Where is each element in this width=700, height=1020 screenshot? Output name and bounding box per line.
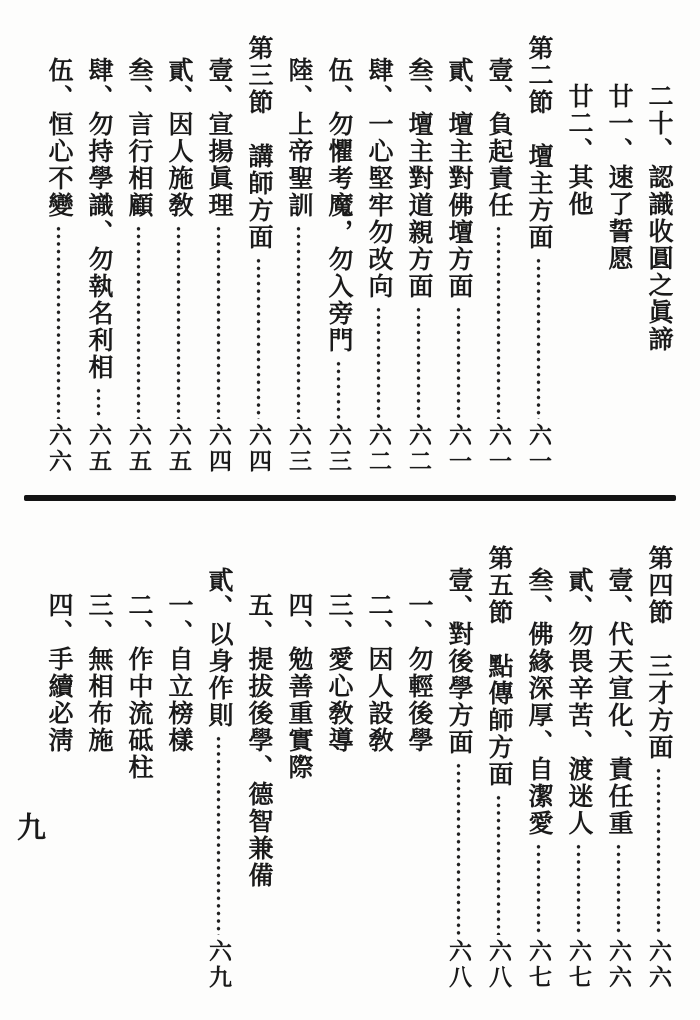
toc-page-number: 六九: [205, 939, 232, 991]
folio-page-number: 九: [9, 812, 50, 841]
toc-entry: 二、因人設敎: [365, 545, 392, 991]
toc-entry-text: 二、因人設敎: [365, 592, 392, 754]
dotted-leader: [245, 257, 272, 419]
toc-page-number: 六七: [565, 939, 592, 991]
toc-entry-text: 廿一、速了誓愿: [605, 83, 632, 272]
toc-page-number: 六五: [85, 423, 112, 475]
toc-entry-text: 二、作中流砥柱: [125, 592, 152, 781]
toc-entry-text: 一、勿輕後學: [405, 592, 432, 754]
toc-page-number: 六二: [365, 423, 392, 475]
toc-entry-text: 陸、上帝聖訓: [285, 57, 312, 219]
dotted-leader: [485, 225, 512, 419]
toc-entry: 三、愛心敎導: [325, 545, 352, 991]
toc-entry: 廿二、其他: [565, 35, 592, 475]
toc-entry-text: 肆、一心堅牢勿改向: [365, 57, 392, 300]
dotted-leader: [205, 225, 232, 419]
toc-entry-text: 叁、佛緣深厚、自潔愛: [525, 567, 552, 837]
toc-page-number: 六三: [285, 423, 312, 475]
toc-page-number: 六四: [245, 423, 272, 475]
toc-page-number: 六八: [485, 939, 512, 991]
toc-entry-text: 叁、言行相顧: [125, 57, 152, 219]
toc-entry: 壹、代天宣化、責任重六六: [605, 545, 632, 991]
dotted-leader: [205, 735, 232, 935]
toc-page-number: 六六: [645, 939, 672, 991]
dotted-leader: [445, 762, 472, 935]
toc-page-number: 六二: [405, 423, 432, 475]
toc-entry: 叁、壇主對道親方面六二: [405, 35, 432, 475]
toc-entry-text: 貳、勿畏辛苦、渡迷人: [565, 567, 592, 837]
toc-entry: 第五節 點傳師方面六八: [485, 545, 512, 991]
toc-entry: 伍、恒心不變六六: [45, 35, 72, 475]
toc-entry-text: 壹、負起責任: [485, 57, 512, 219]
toc-page-number: 六三: [325, 423, 352, 475]
toc-entry-text: 一、自立榜樣: [165, 592, 192, 754]
toc-entry-text: 貳、因人施敎: [165, 57, 192, 219]
dotted-leader: [165, 225, 192, 419]
toc-entry-text: 第二節 壇主方面: [525, 35, 552, 251]
toc-entry: 叁、言行相顧六五: [125, 35, 152, 475]
dotted-leader: [525, 843, 552, 935]
toc-entry: 一、自立榜樣: [165, 545, 192, 991]
toc-page-number: 六一: [445, 423, 472, 475]
toc-entry: 四、勉善重實際: [285, 545, 312, 991]
toc-entry: 肆、一心堅牢勿改向六二: [365, 35, 392, 475]
toc-entry-text: 壹、對後學方面: [445, 567, 472, 756]
toc-entry: 壹、對後學方面六八: [445, 545, 472, 991]
dotted-leader: [45, 225, 72, 419]
toc-entry: 壹、負起責任六一: [485, 35, 512, 475]
dotted-leader: [405, 306, 432, 419]
toc-entry-text: 廿二、其他: [565, 83, 592, 218]
toc-entry: 肆、勿持學識、勿執名利相六五: [85, 35, 112, 475]
toc-entry-text: 五、提拔後學、德智兼備: [245, 592, 272, 889]
dotted-leader: [325, 360, 352, 419]
dotted-leader: [125, 225, 152, 419]
toc-entry-text: 肆、勿持學識、勿執名利相: [85, 57, 112, 381]
toc-page-number: 六八: [445, 939, 472, 991]
section-divider: [24, 495, 676, 501]
toc-entry-text: 第五節 點傳師方面: [485, 545, 512, 788]
toc-entry: 第四節 三才方面六六: [645, 545, 672, 991]
toc-page-number: 六五: [125, 423, 152, 475]
toc-page-number: 六六: [605, 939, 632, 991]
dotted-leader: [85, 387, 112, 419]
toc-entry-text: 壹、宣揚眞理: [205, 57, 232, 219]
toc-entry: 二十、認識收圓之眞諦: [645, 35, 672, 475]
dotted-leader: [565, 843, 592, 935]
toc-page-number: 六六: [45, 423, 72, 475]
toc-entry: 叁、佛緣深厚、自潔愛六七: [525, 545, 552, 991]
toc-entry-text: 伍、勿懼考魔，勿入旁門: [325, 57, 352, 354]
toc-entry: 五、提拔後學、德智兼備: [245, 545, 272, 991]
toc-page-number: 六五: [165, 423, 192, 475]
dotted-leader: [485, 794, 512, 935]
toc-entry: 壹、宣揚眞理六四: [205, 35, 232, 475]
toc-entry: 三、無相布施: [85, 545, 112, 991]
dotted-leader: [365, 306, 392, 419]
dotted-leader: [445, 306, 472, 419]
toc-entry: 伍、勿懼考魔，勿入旁門六三: [325, 35, 352, 475]
toc-entry-text: 三、無相布施: [85, 592, 112, 754]
toc-entry-text: 第四節 三才方面: [645, 545, 672, 761]
toc-page-number: 六七: [525, 939, 552, 991]
toc-entry: 廿一、速了誓愿: [605, 35, 632, 475]
dotted-leader: [645, 767, 672, 935]
toc-entry: 一、勿輕後學: [405, 545, 432, 991]
toc-entry: 貳、勿畏辛苦、渡迷人六七: [565, 545, 592, 991]
toc-entry: 二、作中流砥柱: [125, 545, 152, 991]
toc-top-section: 二十、認識收圓之眞諦廿一、速了誓愿廿二、其他第二節 壇主方面六一壹、負起責任六一…: [45, 35, 672, 475]
toc-entry: 貳、因人施敎六五: [165, 35, 192, 475]
toc-page-number: 六一: [485, 423, 512, 475]
dotted-leader: [525, 257, 552, 419]
toc-entry-text: 四、勉善重實際: [285, 592, 312, 781]
toc-bottom-section: 第四節 三才方面六六壹、代天宣化、責任重六六貳、勿畏辛苦、渡迷人六七叁、佛緣深厚…: [45, 545, 672, 991]
toc-entry-text: 貳、以身作則: [205, 567, 232, 729]
toc-entry: 第二節 壇主方面六一: [525, 35, 552, 475]
dotted-leader: [605, 843, 632, 935]
toc-entry: 貳、壇主對佛壇方面六一: [445, 35, 472, 475]
toc-entry-text: 貳、壇主對佛壇方面: [445, 57, 472, 300]
toc-entry-text: 四、手續必淸: [45, 592, 72, 754]
toc-entry-text: 伍、恒心不變: [45, 57, 72, 219]
toc-entry-text: 三、愛心敎導: [325, 592, 352, 754]
dotted-leader: [285, 225, 312, 419]
book-page: 二十、認識收圓之眞諦廿一、速了誓愿廿二、其他第二節 壇主方面六一壹、負起責任六一…: [0, 0, 700, 1020]
toc-entry: 四、手續必淸: [45, 545, 72, 991]
toc-entry: 陸、上帝聖訓六三: [285, 35, 312, 475]
toc-entry: 第三節 講師方面六四: [245, 35, 272, 475]
toc-page-number: 六一: [525, 423, 552, 475]
toc-entry-text: 第三節 講師方面: [245, 35, 272, 251]
toc-entry-text: 二十、認識收圓之眞諦: [645, 83, 672, 353]
toc-entry: 貳、以身作則六九: [205, 545, 232, 991]
toc-page-number: 六四: [205, 423, 232, 475]
toc-entry-text: 壹、代天宣化、責任重: [605, 567, 632, 837]
toc-entry-text: 叁、壇主對道親方面: [405, 57, 432, 300]
